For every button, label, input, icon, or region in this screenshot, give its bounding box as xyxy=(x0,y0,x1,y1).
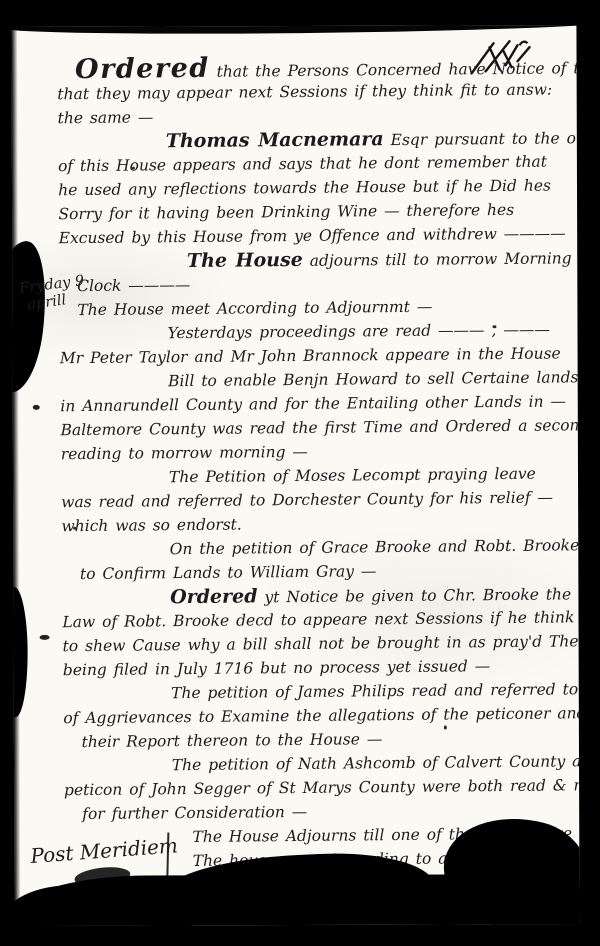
manuscript-line: Baltemore County was read the first Time… xyxy=(60,413,571,442)
manuscript-text: Ordered that the Persons Concerned have … xyxy=(11,53,579,898)
line-text: Yesterdays proceedings are read ——— , ——… xyxy=(168,321,550,343)
line-text: peticon of John Segger of St Marys Count… xyxy=(64,776,580,799)
line-text: of this House appears and says that he d… xyxy=(58,153,547,176)
line-text: their Report thereon to the House — xyxy=(81,730,382,751)
line-text: On the petition of Grace Brooke and Robt… xyxy=(170,536,580,558)
line-text: Mr Peter Taylor and Mr John Brannock app… xyxy=(60,344,561,367)
paper-speck xyxy=(444,725,447,729)
line-text: for further Consideration — xyxy=(82,803,307,823)
line-lead-text: Ordered xyxy=(170,585,258,608)
line-text: The House meet According to Adjournmt — xyxy=(77,298,432,319)
line-text: Law of Robt. Brooke decd to appeare next… xyxy=(62,608,579,631)
line-text: Sorry for it having been Drinking Wine —… xyxy=(58,201,514,223)
line-text: was read and referred to Dorchester Coun… xyxy=(61,489,553,512)
line-text: Esqr pursuant to the ordr xyxy=(384,129,580,149)
page-decay-bottom-bar xyxy=(11,874,579,926)
paper-speck xyxy=(132,167,135,170)
line-text: The petition of James Philips read and r… xyxy=(171,679,580,702)
paper-speck xyxy=(492,325,496,328)
line-text: that they may appear next Sessions if th… xyxy=(57,81,552,104)
line-text: in Annarundell County and for the Entail… xyxy=(60,392,566,415)
line-text: Excused by this House from ye Offence an… xyxy=(59,224,566,247)
page-top-edge-shadow xyxy=(11,25,579,36)
manuscript-page: Ordered that the Persons Concerned have … xyxy=(11,25,579,926)
line-text: Clock ———— xyxy=(77,276,190,295)
line-text: yt Notice be given to Chr. Brooke the he… xyxy=(257,585,579,607)
line-text: Baltemore County was read the first Time… xyxy=(60,416,579,439)
line-lead-text: Thomas Macnemara xyxy=(166,128,384,152)
line-text: to Confirm Lands to William Gray — xyxy=(80,562,377,583)
line-text: the same — xyxy=(57,108,153,127)
manuscript-line: that they may appear next Sessions if th… xyxy=(57,77,568,106)
line-text: reading to morrow morning — xyxy=(61,443,308,463)
line-text: The petition of Nath Ashcomb of Calvert … xyxy=(172,752,580,774)
line-text: to shew Cause why a bill shall not be br… xyxy=(63,632,580,655)
manuscript-line: of Aggrievances to Examine the allegatio… xyxy=(63,701,574,730)
line-text: Bill to enable Benjn Howard to sell Cert… xyxy=(168,368,579,390)
line-text: he used any reflections towards the Hous… xyxy=(58,177,551,200)
manuscript-line: was read and referred to Dorchester Coun… xyxy=(61,485,572,514)
manuscript-line: The House adjourns till to morrow Mornin… xyxy=(59,245,570,274)
line-text: adjourns till to morrow Morning Eight of… xyxy=(303,248,580,270)
line-text: The Petition of Moses Lecompt praying le… xyxy=(169,465,536,487)
manuscript-line: On the petition of Grace Brooke and Robt… xyxy=(62,533,573,562)
manuscript-line: peticon of John Segger of St Marys Count… xyxy=(64,773,575,802)
paper-speck xyxy=(73,527,76,530)
line-text: which was so endorst. xyxy=(61,516,242,536)
line-lead-text: The House xyxy=(187,249,303,272)
line-text: of Aggrievances to Examine the allegatio… xyxy=(63,704,579,728)
scan-background: Ordered that the Persons Concerned have … xyxy=(0,0,600,946)
line-text: being filed in July 1716 but no process … xyxy=(63,657,491,679)
manuscript-line: to shew Cause why a bill shall not be br… xyxy=(63,629,574,658)
